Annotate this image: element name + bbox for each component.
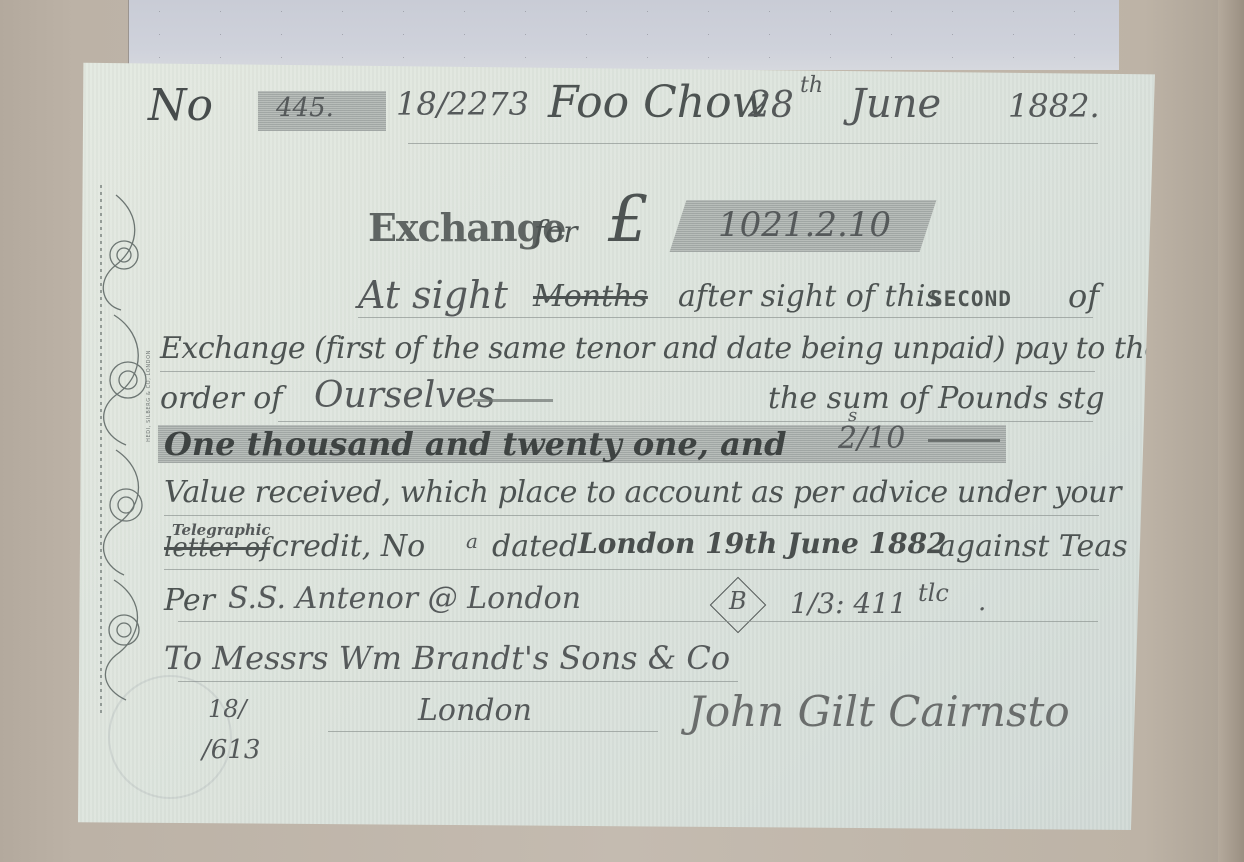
place: Foo Chow (548, 77, 769, 128)
struck-months: Months (533, 279, 648, 314)
packages: 1/3: 411 (790, 587, 907, 620)
date-day: 28 (748, 85, 794, 126)
date-month: June (850, 81, 941, 127)
line3-rule (278, 421, 1093, 422)
ornamental-border-icon (86, 185, 156, 715)
line2-rule (160, 371, 1095, 372)
background-sheet (128, 0, 1119, 70)
line6-rule (164, 569, 1099, 570)
against-teas: against Teas (938, 529, 1128, 564)
line7-rule (178, 621, 1098, 622)
line5-rule (164, 515, 1099, 516)
serial-number: 445. (276, 93, 334, 123)
dated-label: dated (492, 529, 578, 564)
payee-dash (473, 399, 553, 402)
amount-words: One thousand and twenty one, and (164, 425, 786, 463)
pound-sign: £ (608, 183, 649, 257)
faint-stamp-icon (108, 675, 232, 799)
amount-figures: 1021.2.10 (718, 205, 891, 245)
line7-end: . (978, 587, 986, 617)
order-of: order of (160, 381, 282, 416)
exchange-clause: Exchange (first of the same tenor and da… (160, 331, 1161, 366)
line1-rule (358, 317, 1093, 318)
of-text: of (1068, 277, 1099, 315)
signature: John Gilt Cairnsto (688, 687, 1070, 736)
amount-words-fraction: 2/10 (838, 421, 905, 456)
city-rule (328, 731, 658, 732)
sum-of-pounds: the sum of Pounds stg (768, 381, 1105, 416)
date-suffix: th (800, 73, 823, 98)
credit-no-label: credit, No (272, 529, 425, 564)
packages-unit: tlc (918, 579, 949, 607)
payee: Ourselves (314, 375, 495, 416)
date-rule (408, 143, 1098, 144)
addressee: To Messrs Wm Brandt's Sons & Co (164, 639, 730, 677)
number-mark: No (148, 80, 213, 131)
frame-edge (1218, 0, 1244, 862)
date-year: 1882. (1008, 87, 1100, 125)
exchange-for: for (534, 215, 578, 250)
dated-value: London 19th June 1882 (578, 527, 947, 560)
struck-letter-of: letter of (164, 533, 270, 563)
after-sight-text: after sight of this (678, 279, 941, 314)
printer-imprint: HEDI, SILBERG & CO, LONDON (146, 350, 152, 442)
addressee-rule (178, 681, 738, 682)
tenor: At sight (358, 273, 508, 317)
second-label: SECOND (930, 287, 1012, 311)
credit-number: a (466, 529, 478, 553)
vessel: S.S. Antenor @ London (228, 581, 581, 616)
bill-of-exchange: HEDI, SILBERG & CO, LONDON No 445. 18/22… (78, 55, 1168, 830)
shipping-mark: B (729, 587, 747, 615)
addressee-city: London (418, 693, 532, 728)
value-received-clause: Value received, which place to account a… (164, 475, 1121, 510)
reference-number: 18/2273 (396, 85, 529, 123)
amount-words-dash (928, 439, 1000, 442)
per-label: Per (164, 583, 215, 618)
